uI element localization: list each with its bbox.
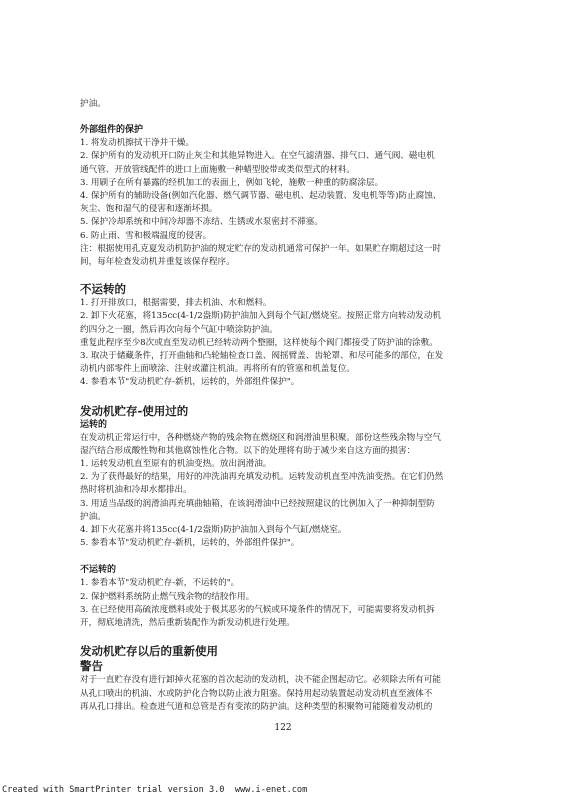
text-line: 1. 将发动机擦拭干净并干燥。: [80, 137, 500, 150]
text-line: 1. 打开排放口，根据需要，排去机油、水和燃料。: [80, 297, 500, 310]
text-line: 约四分之一圈，然后再次向每个气缸中喷涂防护油。: [80, 324, 500, 337]
page-number: 122: [0, 723, 566, 733]
text-line: 开，彻底地清洗，然后重新装配作为新发动机进行处理。: [80, 617, 500, 630]
text-line: 5. 参看本节"发动机贮存-新机，运转的，外部组件保护"。: [80, 537, 500, 550]
text-line: 间，每年检查发动机并重复该保存程序。: [80, 256, 500, 269]
text-line: 3. 用刷子在所有暴露的经机加工的表面上，例如飞轮，施敷一种重的防腐涂层。: [80, 177, 500, 190]
section-used-not-running: 不运转的 1. 参看本节"发动机贮存-新，不运转的"。 2. 保护燃料系统防止燃…: [80, 564, 500, 630]
watermark-footer: Created with SmartPrinter trial version …: [2, 785, 307, 795]
section-title: 发动机贮存以后的重新使用: [80, 644, 500, 659]
section-title: 不运转的: [80, 282, 500, 297]
section-subtitle: 运转的: [80, 419, 500, 432]
text-line: 热时将机油和冷却水都排出。: [80, 484, 500, 497]
text-line: 1. 参看本节"发动机贮存-新，不运转的"。: [80, 577, 500, 590]
text-line: 护油。: [80, 511, 500, 524]
text-line: 1. 运转发动机直至原有的机油变热。放出润滑油。: [80, 458, 500, 471]
warning-title: 警告: [80, 659, 500, 674]
text-line: 通气管、开放管线配件的进口上面施敷一种蜡型胶带或类似型式的材料。: [80, 164, 500, 177]
section-external-protection: 外部组件的保护 1. 将发动机擦拭干净并干燥。 2. 保护所有的发动机开口防止灰…: [80, 124, 500, 269]
text-line: 4. 参看本节"发动机贮存-新机，运转的，外部组件保护"。: [80, 376, 500, 389]
text-line: 2. 保护燃料系统防止燃气残余物的结胶作用。: [80, 591, 500, 604]
text-line: 5. 保护冷却系统和中间冷却器不冻结、生锈或水泵密封不滞塞。: [80, 216, 500, 229]
text-line: 灰尘、饱和湿气的侵害和逐渐坏损。: [80, 203, 500, 216]
text-line: 湿汽结合形成酸性物和其他腐蚀性化合物。以下的处理将有助于减少来自这方面的损害：: [80, 445, 500, 458]
section-title: 发动机贮存-使用过的: [80, 404, 500, 419]
section-reuse-after-storage: 发动机贮存以后的重新使用 警告 对于一直贮存没有进行卸掉火花塞的首次起动的发动机…: [80, 644, 500, 714]
text-line: 注：根据使用孔克夏发动机防护油的规定贮存的发动机通常可保护一年。如果贮存期超过这…: [80, 243, 500, 256]
section-title: 不运转的: [80, 564, 500, 577]
text-line: 4. 保护所有的辅助设备(例如汽化器、燃气调节器、磁电机、起动装置、发电机等等)…: [80, 190, 500, 203]
text-line: 3. 在已经使用高硫浓度燃料或处于极其恶劣的气候或环境条件的情况下，可能需要将发…: [80, 604, 500, 617]
text-line: 再从孔口排出。检查进气道和总管是否有变浓的防护油。这种类型的积聚物可能随着发动机…: [80, 701, 500, 714]
text-line: 从孔口喷出的机油、水或防护化合物以防止液力阻塞。保持用起动装置起动发动机直至液体…: [80, 688, 500, 701]
text-line: 3. 用适当品级的润滑油再充填曲轴箱，在该润滑油中已经按照建议的比例加入了一种抑…: [80, 498, 500, 511]
text-line: 2. 保护所有的发动机开口防止灰尘和其他异物进入。在空气滤清器、排气口、通气阀、…: [80, 150, 500, 163]
section-not-running-new: 不运转的 1. 打开排放口，根据需要，排去机油、水和燃料。 2. 卸下火花塞，将…: [80, 282, 500, 389]
text-line: 4. 卸下火花塞并将135cc(4-1/2盎斯)防护油加入到每个气缸/燃烧室。: [80, 524, 500, 537]
section-title: 外部组件的保护: [80, 124, 500, 137]
text-line: 重复此程序至少8次或直至发动机已经转动两个整圈，这样使每个阀门都接受了防护油的涂…: [80, 337, 500, 350]
section-used-engine-storage: 发动机贮存-使用过的 运转的 在发动机正常运行中，各种燃烧产物的残余物在燃烧区和…: [80, 404, 500, 551]
text-line: 动机内部零件上面喷涂、注射或灌注机油。再将所有的管塞和机盖复位。: [80, 363, 500, 376]
text-line: 2. 为了获得最好的结果，用好的冲洗油再充填发动机。运转发动机直至冲洗油变热。在…: [80, 471, 500, 484]
leading-text: 护油。: [80, 98, 500, 111]
document-page: 护油。 外部组件的保护 1. 将发动机擦拭干净并干燥。 2. 保护所有的发动机开…: [80, 98, 500, 714]
text-line: 2. 卸下火花塞，将135cc(4-1/2盎斯)防护油加入到每个气缸/燃烧室。按…: [80, 310, 500, 323]
text-line: 在发动机正常运行中，各种燃烧产物的残余物在燃烧区和润滑油里积聚。部份这些残余物与…: [80, 432, 500, 445]
text-line: 对于一直贮存没有进行卸掉火花塞的首次起动的发动机，决不能企图起动它。必须除去所有…: [80, 674, 500, 687]
text-line: 6. 防止雨、雪和极端温度的侵害。: [80, 230, 500, 243]
text-line: 3. 取决于储藏条件，打开曲轴和凸轮轴检查口盖、阀摇臂盖、齿轮罩、和尽可能多的部…: [80, 350, 500, 363]
